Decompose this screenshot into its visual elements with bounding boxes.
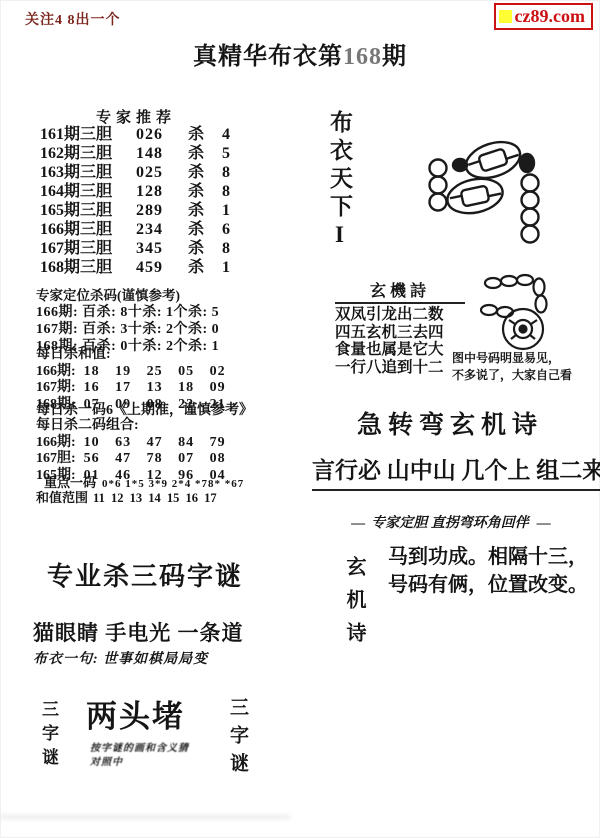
graphic-caption: 图中号码明显易见， 不多说了，大家自己看: [452, 350, 572, 384]
expert-recommend-table: 161期三胆026杀4 162期三胆148杀5 163期三胆025杀8 164期…: [40, 125, 238, 277]
table-row: 164期三胆128杀8: [40, 182, 238, 201]
three-char-riddle-label-right: 三字谜: [224, 697, 251, 781]
buyi-sentence: 布衣一句: 世事如棋局局变: [33, 648, 208, 668]
dash-left: —: [351, 516, 363, 531]
poem-line: 食量也属是它大: [335, 341, 465, 359]
section-title: 专家定位杀码(谨慎参考): [36, 287, 219, 304]
expert-dingdan-line: —专家定胆 直拐弯环角回伴—: [310, 512, 590, 532]
page-title: 真精华布衣第168期: [0, 36, 600, 71]
list-item: 167期: 百杀: 3十杀: 2个杀: 0: [36, 321, 219, 338]
table-row: 161期三胆026杀4: [40, 125, 238, 144]
section-title: 每日杀和值:: [36, 347, 226, 364]
buyi-tianxia-vertical-title: 布衣天下I: [323, 110, 356, 252]
list-item: 166期: 百杀: 8十杀: 1个杀: 5: [36, 304, 219, 321]
two-ends-blocked-text: 两头堵: [86, 691, 185, 736]
poem-line: 四五玄机三去四: [335, 324, 465, 342]
title-suffix: 期: [382, 44, 407, 70]
lottery-chart-page: 关注4 8出一个 cz89.com 真精华布衣第168期 专家推荐 161期三胆…: [0, 0, 600, 838]
poem-line: 一行八追到十二: [335, 359, 465, 377]
title-prefix: 真精华布衣第: [193, 44, 343, 70]
top-left-note: 关注4 8出一个: [25, 9, 121, 29]
sharp-turn-poem-title: 急转弯玄机诗: [310, 405, 590, 441]
table-row: 168期三胆459杀1: [40, 258, 238, 277]
list-item: 166期:10 63 47 84 79: [36, 435, 226, 452]
xuanji-poem-title: 玄機詩: [335, 278, 465, 304]
site-logo[interactable]: cz89.com: [494, 3, 593, 30]
xuanji-poem-box: 玄機詩 双凤引龙出二数 四五玄机三去四 食量也属是它大 一行八追到十二: [335, 278, 465, 376]
table-row: 167期三胆345杀8: [40, 239, 238, 258]
dash-right: —: [537, 516, 549, 531]
daily-kill-one-line: 每日杀一码6《上期准，谨慎参考》: [36, 399, 253, 419]
three-char-riddle-label-left: 三字谜: [36, 700, 61, 772]
faint-smudge: [0, 815, 290, 819]
riddle-note: 按字谜的画和含义猜 对照中: [90, 742, 189, 770]
sum-range-line: 和值范围11 12 13 14 15 16 17: [36, 487, 217, 506]
issue-number: 168: [343, 44, 382, 70]
xuanji-poem-vertical-label: 玄机诗: [340, 556, 369, 655]
riddle-line: 猫眼睛 手电光 一条道: [33, 617, 244, 647]
list-item: 167期:16 17 13 18 09: [36, 380, 226, 397]
final-poem-text: 马到功成。相隔十三， 号码有俩，位置改变。: [388, 543, 588, 599]
table-row: 166期三胆234杀6: [40, 220, 238, 239]
three-code-riddle-title: 专业杀三码字谜: [25, 556, 265, 593]
logo-yellow-square-icon: [499, 10, 512, 23]
oval-chain-graphic: [477, 270, 569, 352]
bead-chain-graphic: [413, 136, 563, 246]
poem-line: 双凤引龙出二数: [335, 306, 465, 324]
section-title: 每日杀二码组合:: [36, 418, 226, 435]
table-row: 163期三胆025杀8: [40, 163, 238, 182]
sharp-turn-phrase: 言行必 山中山 几个上 组二来: [312, 452, 600, 491]
table-row: 162期三胆148杀5: [40, 144, 238, 163]
list-item: 166期:18 19 25 05 02: [36, 364, 226, 381]
list-item: 167胆:56 47 78 07 08: [36, 451, 226, 468]
site-logo-text: cz89.com: [515, 6, 585, 27]
expert-recommend-title: 专家推荐: [96, 106, 176, 127]
table-row: 165期三胆289杀1: [40, 201, 238, 220]
position-kill-section: 专家定位杀码(谨慎参考) 166期: 百杀: 8十杀: 1个杀: 5 167期:…: [36, 287, 219, 355]
